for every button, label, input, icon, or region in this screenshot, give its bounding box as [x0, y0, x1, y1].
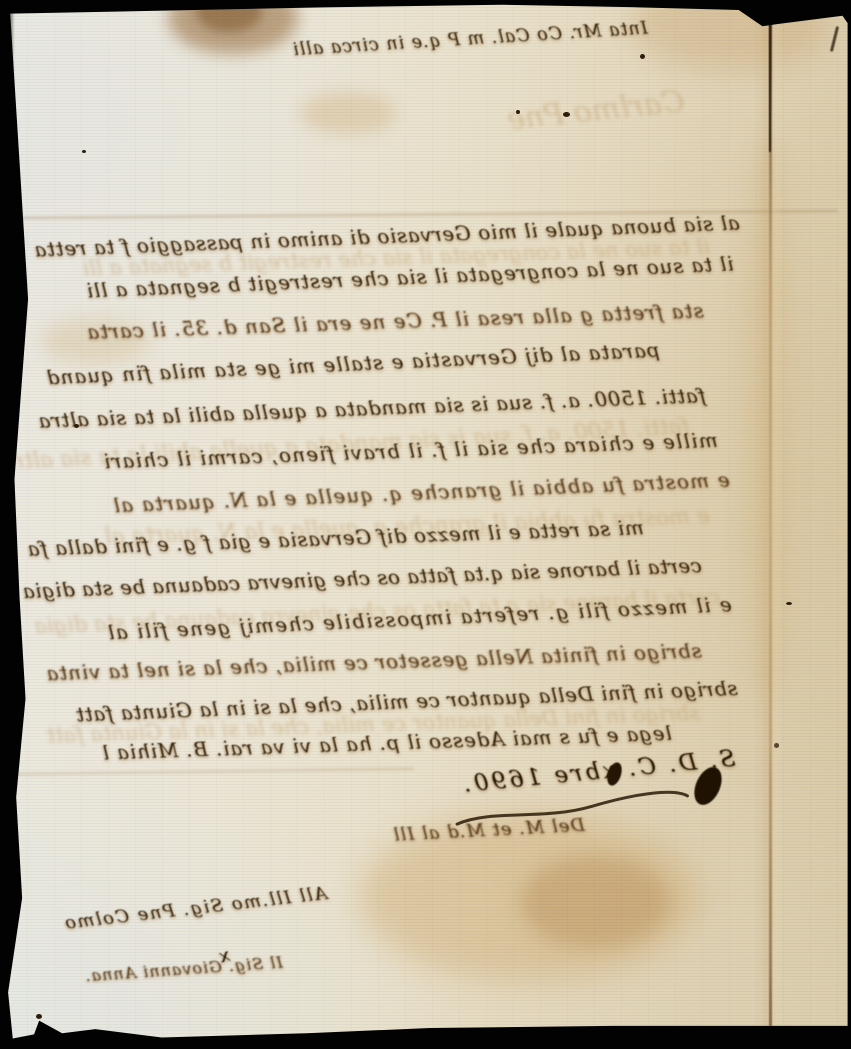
fold-crease: [769, 22, 772, 1026]
ink-speck: [12, 386, 18, 396]
torn-left-edge-shadow: [8, 12, 13, 712]
ink-speck: [563, 112, 570, 117]
ink-speck: [516, 110, 520, 114]
ink-speck: [74, 424, 79, 428]
ink-speck: [36, 1014, 42, 1019]
ink-speck: [13, 298, 18, 306]
ink-speck: [16, 636, 20, 642]
paper-sheet: il ta suo ne la congregata il sia che re…: [0, 0, 851, 1049]
scan-background: il ta suo ne la congregata il sia che re…: [0, 0, 851, 1049]
ink-speck: [640, 54, 645, 59]
ink-speck: [82, 150, 86, 153]
fold-crease-dark-top: [769, 22, 771, 152]
ink-speck: [786, 602, 792, 605]
